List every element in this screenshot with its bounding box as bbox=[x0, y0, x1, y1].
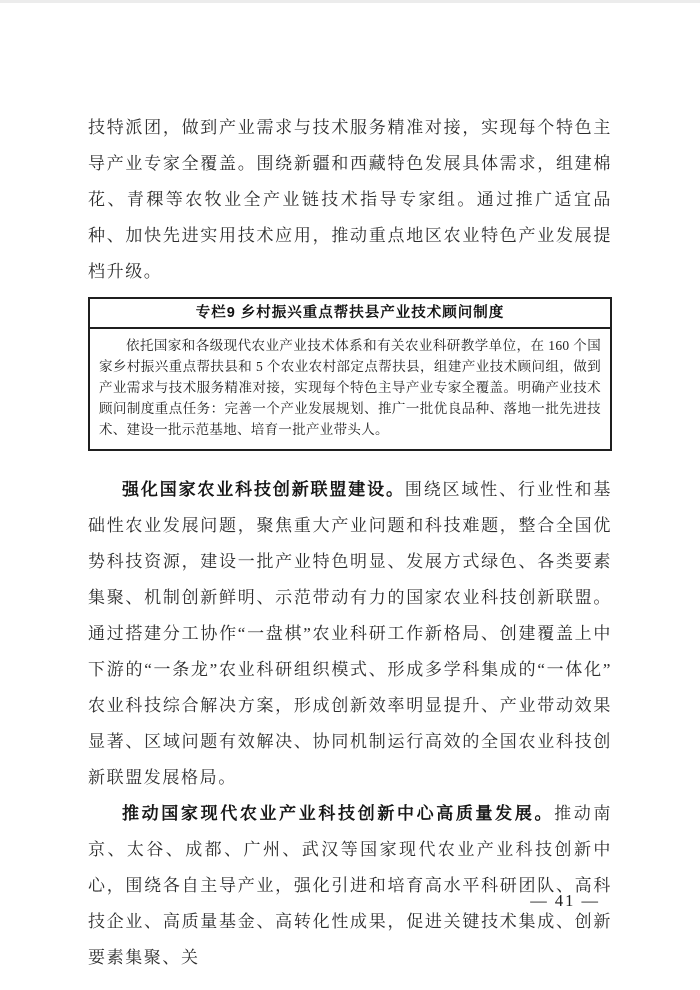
callout-box: 专栏9 乡村振兴重点帮扶县产业技术顾问制度 依托国家和各级现代农业产业技术体系和… bbox=[88, 297, 612, 451]
body-paragraph-continuation: 技特派团，做到产业需求与技术服务精准对接，实现每个特色主导产业专家全覆盖。围绕新… bbox=[88, 110, 612, 290]
callout-box-body: 依托国家和各级现代农业产业技术体系和有关农业科研教学单位，在 160 个国家乡村… bbox=[90, 329, 610, 449]
body-paragraph-innovation-center: 推动国家现代农业产业科技创新中心高质量发展。推动南京、太谷、成都、广州、武汉等国… bbox=[88, 796, 612, 976]
page-number: — 41 — bbox=[530, 891, 600, 911]
paragraph-alliance-text: 围绕区域性、行业性和基础性农业发展问题，聚焦重大产业问题和科技难题，整合全国优势… bbox=[88, 480, 612, 787]
scan-edge-artifact bbox=[0, 0, 700, 3]
paragraph-alliance-lead: 强化国家农业科技创新联盟建设。 bbox=[122, 480, 405, 499]
paragraph-innovation-center-text: 推动南京、太谷、成都、广州、武汉等国家现代农业产业科技创新中心，围绕各自主导产业… bbox=[88, 804, 612, 967]
page-content: 技特派团，做到产业需求与技术服务精准对接，实现每个特色主导产业专家全覆盖。围绕新… bbox=[88, 110, 612, 976]
document-page: 技特派团，做到产业需求与技术服务精准对接，实现每个特色主导产业专家全覆盖。围绕新… bbox=[0, 0, 700, 990]
body-paragraph-alliance: 强化国家农业科技创新联盟建设。围绕区域性、行业性和基础性农业发展问题，聚焦重大产… bbox=[88, 472, 612, 796]
callout-box-title: 专栏9 乡村振兴重点帮扶县产业技术顾问制度 bbox=[90, 299, 610, 329]
paragraph-innovation-center-lead: 推动国家现代农业产业科技创新中心高质量发展。 bbox=[122, 804, 554, 823]
